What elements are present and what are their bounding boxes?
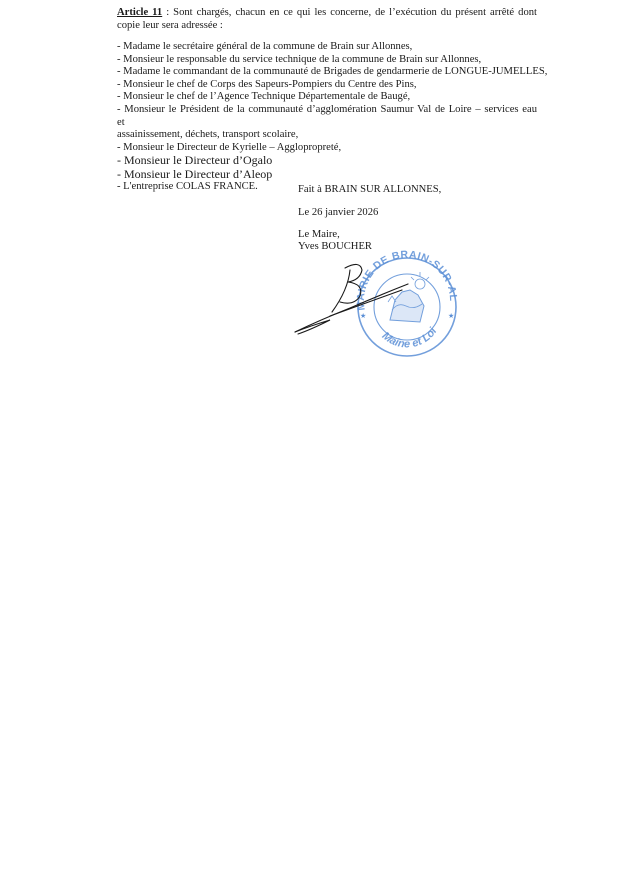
recipient-item: - Madame le secrétaire général de la com… <box>117 41 537 54</box>
recipient-item: - Madame le commandant de la communauté … <box>117 66 537 79</box>
recipient-item: - Monsieur le Directeur d’Ogalo <box>117 154 537 167</box>
mayor-signature-icon <box>290 250 410 340</box>
recipient-item: - Monsieur le responsable du service tec… <box>117 54 537 67</box>
recipient-list: - Madame le secrétaire général de la com… <box>117 41 537 194</box>
recipient-item: - Monsieur le chef de Corps des Sapeurs-… <box>117 79 537 92</box>
article-text: : Sont chargés, chacun en ce qui les con… <box>117 7 537 31</box>
closing-place: Fait à BRAIN SUR ALLONNES, <box>298 184 441 197</box>
svg-text:★: ★ <box>448 312 454 320</box>
article-paragraph: Article 11 : Sont chargés, chacun en ce … <box>117 7 537 32</box>
recipient-item: - Monsieur le Directeur d’Aleop <box>117 168 537 181</box>
closing-role: Le Maire, <box>298 229 340 242</box>
recipient-item: - Monsieur le Président de la communauté… <box>117 104 537 129</box>
article-label: Article 11 <box>117 7 162 18</box>
document-page: Article 11 : Sont chargés, chacun en ce … <box>0 0 621 882</box>
recipient-item: - Monsieur le chef de l’Agence Technique… <box>117 91 537 104</box>
closing-date: Le 26 janvier 2026 <box>298 207 378 220</box>
recipient-item-continuation: assainissement, déchets, transport scola… <box>117 129 537 142</box>
